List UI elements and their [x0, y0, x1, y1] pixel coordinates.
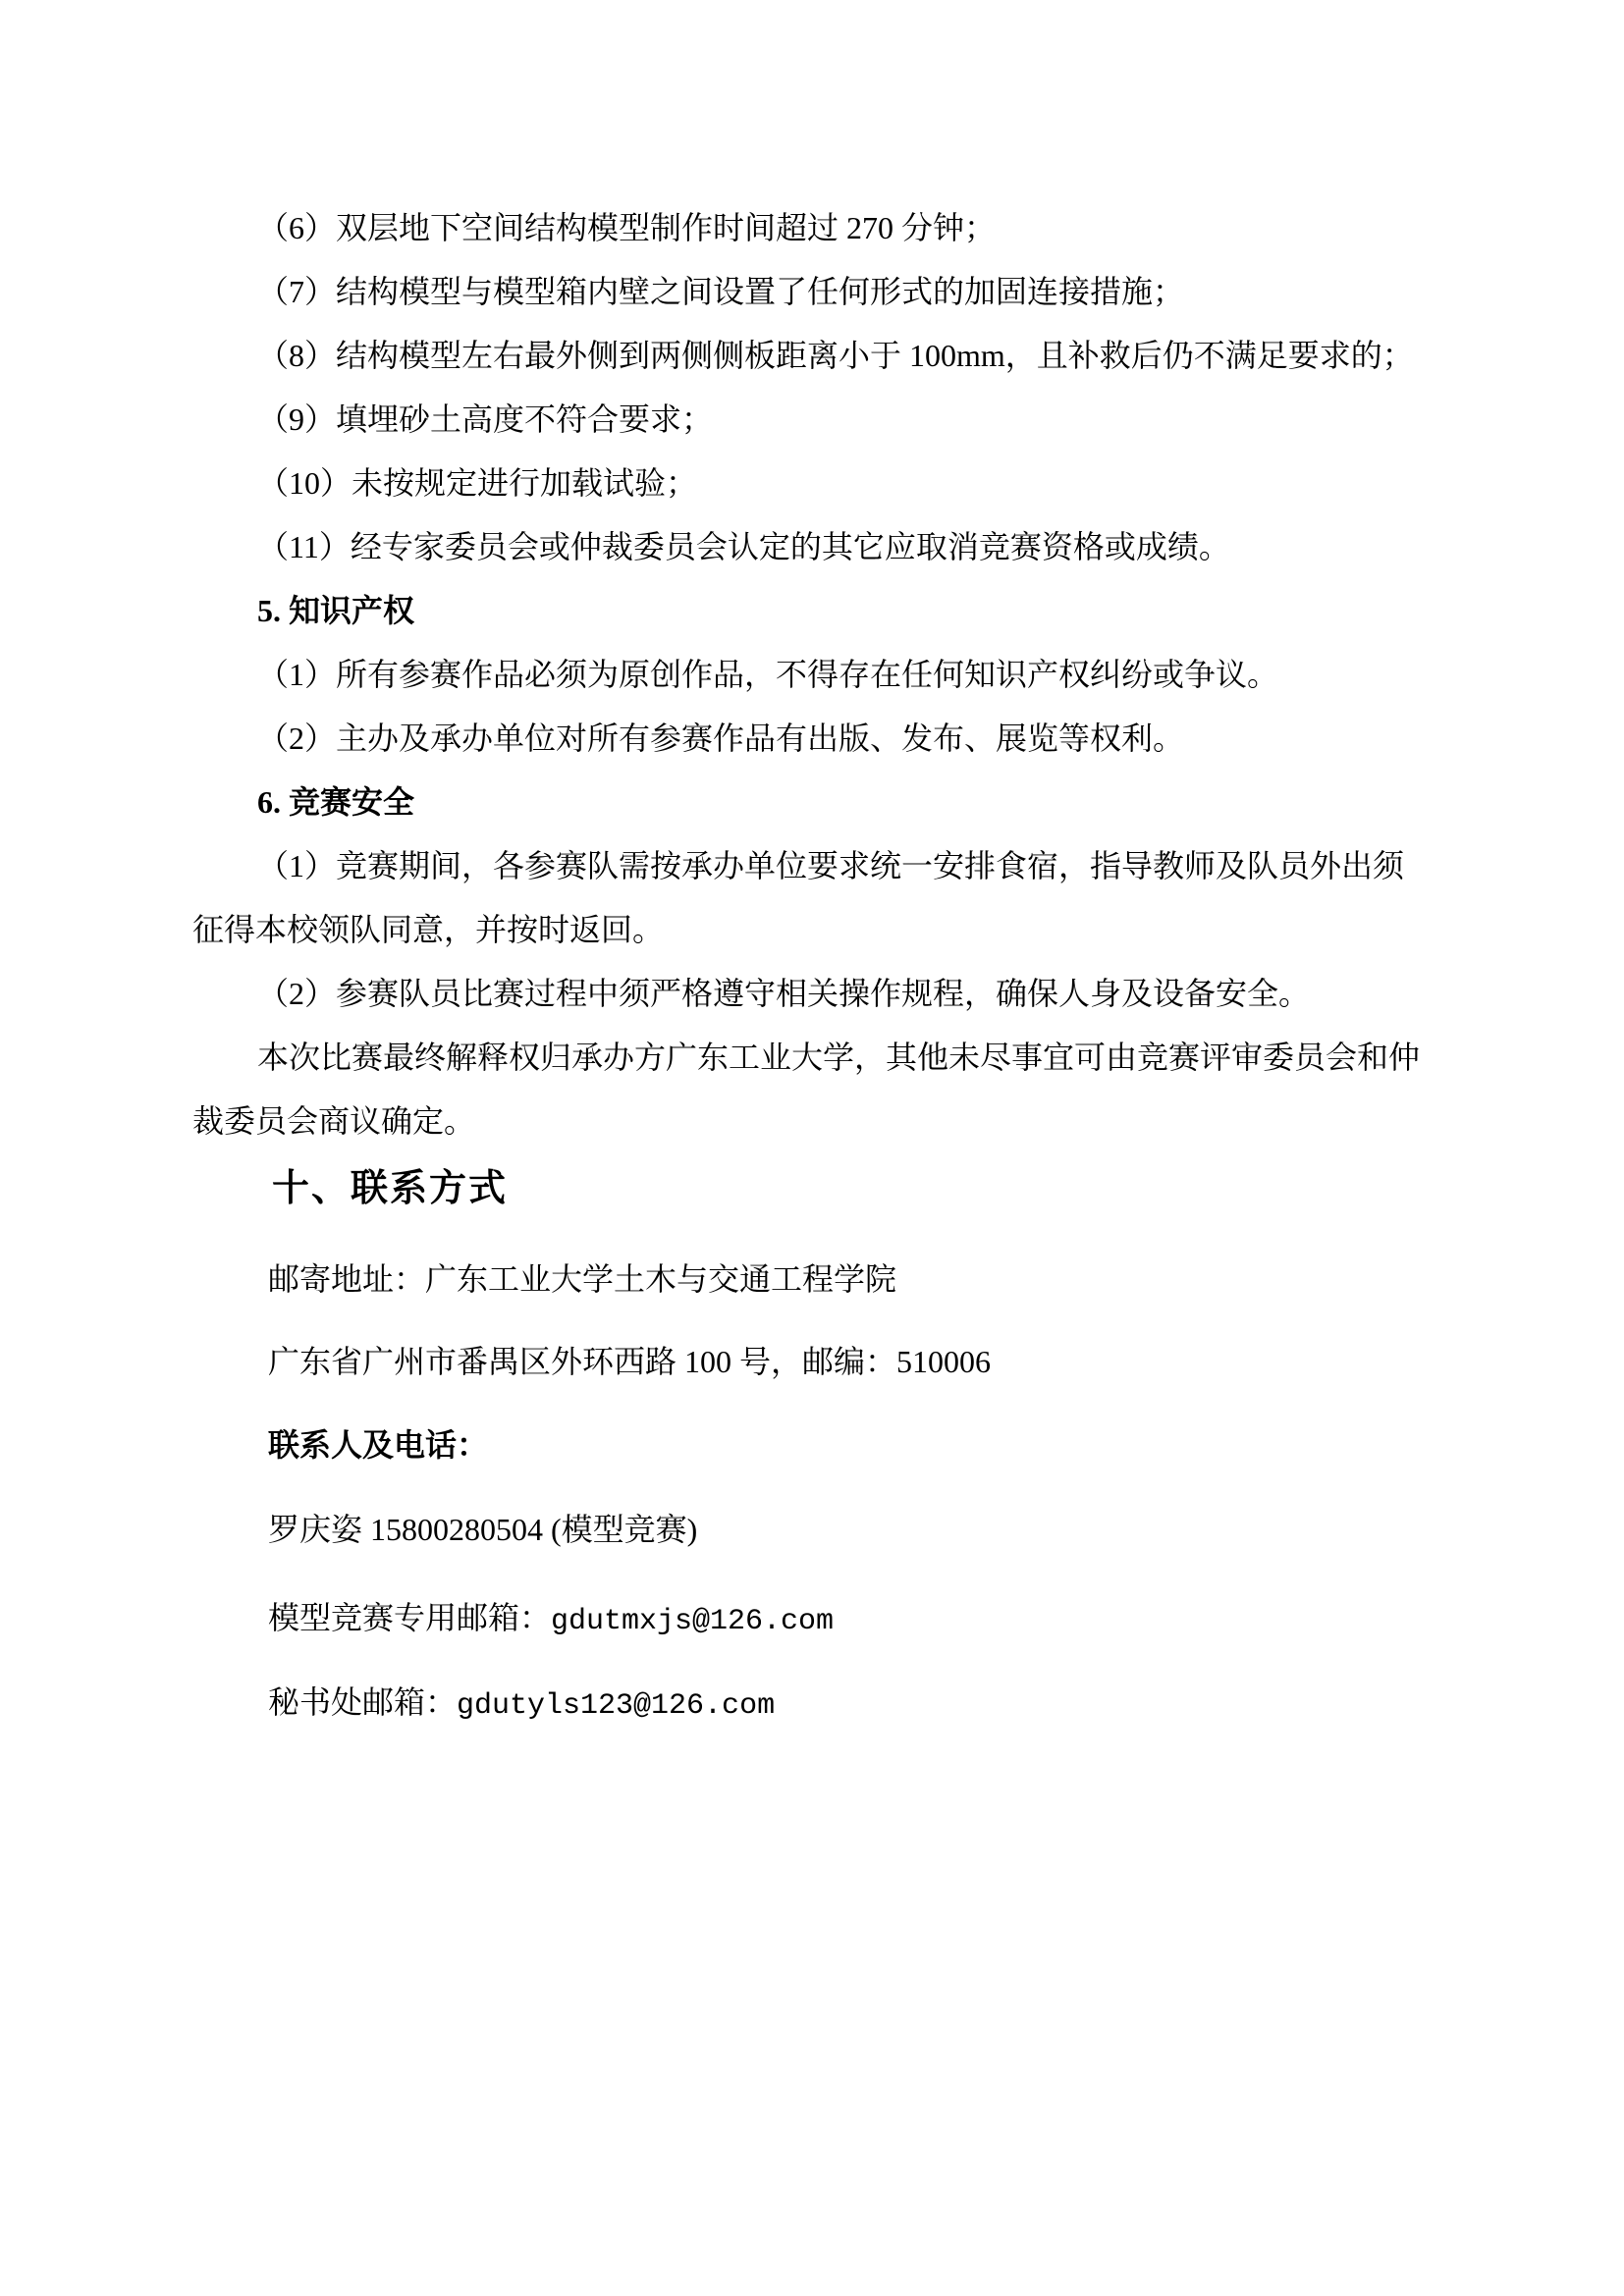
safety-item-1-line-1: （1）竞赛期间，各参赛队需按承办单位要求统一安排食宿，指导教师及队员外出须 [257, 848, 1404, 884]
section-5-heading: 5. 知识产权 [257, 593, 414, 629]
text-run: 邮寄地址：广东工业大学土木与交通工程学院 [268, 1261, 896, 1297]
text-run: 6. 竞赛安全 [257, 784, 414, 820]
rule-item-11: （11）经专家委员会或仲裁委员会认定的其它应取消竞赛资格或成绩。 [257, 529, 1230, 565]
text-run: （2）主办及承办单位对所有参赛作品有出版、发布、展览等权利。 [257, 721, 1184, 756]
secretariat-email-line: 秘书处邮箱：gdutyls123@126.com [268, 1684, 775, 1724]
contact-person-phone: 罗庆姿 15800280504 (模型竞赛) [268, 1512, 697, 1548]
text-run: 联系人及电话： [268, 1427, 488, 1463]
email-text: gdutyls123@126.com [457, 1689, 775, 1723]
ip-item-1: （1）所有参赛作品必须为原创作品，不得存在任何知识产权纠纷或争议。 [257, 657, 1278, 693]
rule-item-9: （9）填埋砂土高度不符合要求； [257, 401, 713, 438]
rule-item-7: （7）结构模型与模型箱内壁之间设置了任何形式的加固连接措施； [257, 274, 1184, 310]
mailing-address-line-2: 广东省广州市番禺区外环西路 100 号，邮编：510006 [268, 1344, 991, 1380]
text-run: （1）所有参赛作品必须为原创作品，不得存在任何知识产权纠纷或争议。 [257, 657, 1278, 692]
text-run: 5. 知识产权 [257, 593, 414, 628]
document-page: （6）双层地下空间结构模型制作时间超过 270 分钟；（7）结构模型与模型箱内壁… [0, 0, 1624, 2296]
final-interpretation-line-2: 裁委员会商议确定。 [192, 1103, 475, 1140]
rule-item-8: （8）结构模型左右最外侧到两侧侧板距离小于 100mm，且补救后仍不满足要求的； [257, 338, 1414, 374]
section-6-heading: 6. 竞赛安全 [257, 784, 414, 821]
text-run: （1）竞赛期间，各参赛队需按承办单位要求统一安排食宿，指导教师及队员外出须 [257, 848, 1404, 883]
ip-item-2: （2）主办及承办单位对所有参赛作品有出版、发布、展览等权利。 [257, 721, 1184, 757]
text-run: （6）双层地下空间结构模型制作时间超过 270 分钟； [257, 210, 996, 245]
text-run: 秘书处邮箱： [268, 1684, 457, 1720]
rule-item-10: （10）未按规定进行加载试验； [257, 465, 697, 502]
text-run: 广东省广州市番禺区外环西路 100 号，邮编：510006 [268, 1344, 991, 1379]
safety-item-1-line-2: 征得本校领队同意，并按时返回。 [192, 912, 664, 948]
contact-person-label: 联系人及电话： [268, 1427, 488, 1464]
text-run: （8）结构模型左右最外侧到两侧侧板距离小于 100mm，且补救后仍不满足要求的； [257, 338, 1414, 373]
email-text: gdutmxjs@126.com [551, 1605, 834, 1638]
text-run: 本次比赛最终解释权归承办方广东工业大学，其他未尽事宜可由竞赛评审委员会和仲 [257, 1040, 1420, 1075]
text-run: （9）填埋砂土高度不符合要求； [257, 401, 713, 437]
text-run: 裁委员会商议确定。 [192, 1103, 475, 1139]
safety-item-2: （2）参赛队员比赛过程中须严格遵守相关操作规程，确保人身及设备安全。 [257, 976, 1310, 1012]
text-run: 征得本校领队同意，并按时返回。 [192, 912, 664, 947]
text-run: 罗庆姿 15800280504 (模型竞赛) [268, 1512, 697, 1547]
model-contest-email-line: 模型竞赛专用邮箱：gdutmxjs@126.com [268, 1600, 834, 1639]
rule-item-6: （6）双层地下空间结构模型制作时间超过 270 分钟； [257, 210, 996, 246]
text-run: （11）经专家委员会或仲裁委员会认定的其它应取消竞赛资格或成绩。 [257, 529, 1230, 564]
text-run: 十、联系方式 [272, 1168, 508, 1209]
text-run: （7）结构模型与模型箱内壁之间设置了任何形式的加固连接措施； [257, 274, 1184, 309]
contact-section-heading: 十、联系方式 [272, 1168, 508, 1211]
text-run: （10）未按规定进行加载试验； [257, 465, 697, 501]
final-interpretation-line-1: 本次比赛最终解释权归承办方广东工业大学，其他未尽事宜可由竞赛评审委员会和仲 [257, 1040, 1420, 1076]
text-run: 模型竞赛专用邮箱： [268, 1600, 551, 1635]
text-run: （2）参赛队员比赛过程中须严格遵守相关操作规程，确保人身及设备安全。 [257, 976, 1310, 1011]
mailing-address-line-1: 邮寄地址：广东工业大学土木与交通工程学院 [268, 1261, 896, 1298]
